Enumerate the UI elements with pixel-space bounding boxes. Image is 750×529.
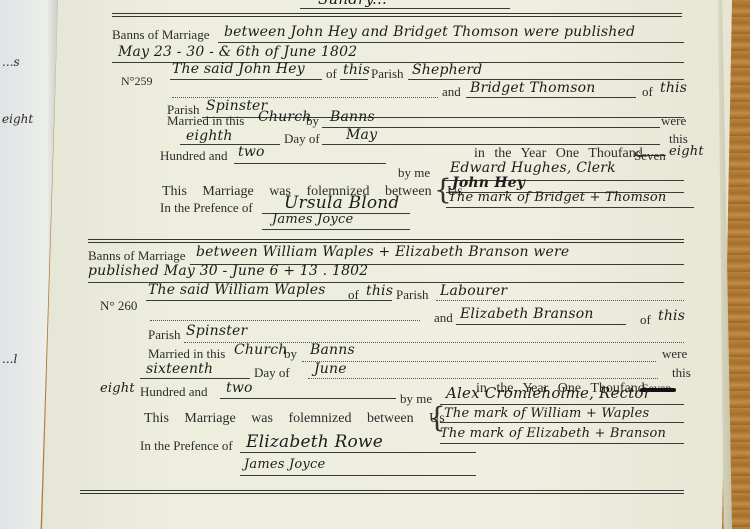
officiant: Edward Hughes, Clerk bbox=[450, 160, 616, 176]
struck-century: Seven bbox=[634, 148, 666, 164]
entry-number: N° 260 bbox=[100, 298, 137, 314]
year-suffix: two bbox=[226, 380, 253, 396]
bride-parish: this bbox=[658, 308, 685, 324]
entry-separator bbox=[88, 239, 684, 240]
party-signature-2: The mark of Bridget + Thomson bbox=[448, 190, 666, 205]
groom-line: The said William Waples bbox=[148, 282, 326, 298]
marriage-month: June bbox=[314, 361, 347, 377]
officiant: Alex Cromleholme, Rector bbox=[446, 384, 651, 402]
groom-parish: this bbox=[343, 62, 370, 78]
left-page-fragment: ...s bbox=[2, 55, 20, 69]
bride-status: Spinster bbox=[186, 323, 247, 339]
witness-1: Elizabeth Rowe bbox=[246, 432, 383, 452]
year-suffix: two bbox=[238, 144, 265, 160]
marriage-day: sixteenth bbox=[146, 361, 213, 377]
header-rule bbox=[112, 13, 682, 14]
married-by: Banns bbox=[310, 342, 355, 358]
banns-line-2: May 23 - 30 - & 6th of June 1802 bbox=[118, 44, 357, 60]
groom-parish: this bbox=[366, 283, 393, 299]
heading-underline bbox=[300, 8, 510, 9]
century-correction: eight bbox=[669, 144, 704, 159]
marriage-day: eighth bbox=[186, 128, 233, 144]
witness-2: James Joyce bbox=[272, 212, 353, 227]
bride-name: Bridget Thomson bbox=[470, 80, 595, 96]
page-heading: Sundry... bbox=[318, 0, 387, 8]
entry-number: N°259 bbox=[121, 74, 152, 89]
married-by: Banns bbox=[330, 109, 375, 125]
married-in: Church bbox=[234, 342, 288, 358]
witness-2: James Joyce bbox=[244, 457, 325, 472]
century-correction: eight bbox=[100, 381, 135, 396]
groom-occupation: Labourer bbox=[440, 283, 507, 299]
label-banns-of-marriage: Banns of Marriage bbox=[112, 27, 209, 43]
bride-parish: this bbox=[660, 80, 687, 96]
party-signature-1: The mark of William + Waples bbox=[444, 406, 649, 421]
married-in: Church bbox=[258, 109, 312, 125]
party-signature-1: John Hey bbox=[452, 175, 525, 191]
banns-line-1: between William Waples + Elizabeth Brans… bbox=[196, 244, 569, 260]
party-signature-2: The mark of Elizabeth + Branson bbox=[440, 426, 666, 441]
left-page-fragment: eight bbox=[2, 112, 33, 126]
bride-name: Elizabeth Branson bbox=[460, 306, 594, 322]
marriage-month: May bbox=[346, 127, 377, 143]
banns-line-1: between John Hey and Bridget Thomson wer… bbox=[224, 24, 635, 40]
witness-1: Ursula Blond bbox=[284, 193, 400, 213]
bottom-rule bbox=[80, 490, 684, 491]
left-page-fragment: ...l bbox=[2, 352, 17, 366]
banns-line-2: published May 30 - June 6 + 13 . 1802 bbox=[88, 263, 368, 279]
groom-occupation: Shepherd bbox=[412, 62, 482, 78]
groom-line: The said John Hey bbox=[172, 61, 305, 77]
